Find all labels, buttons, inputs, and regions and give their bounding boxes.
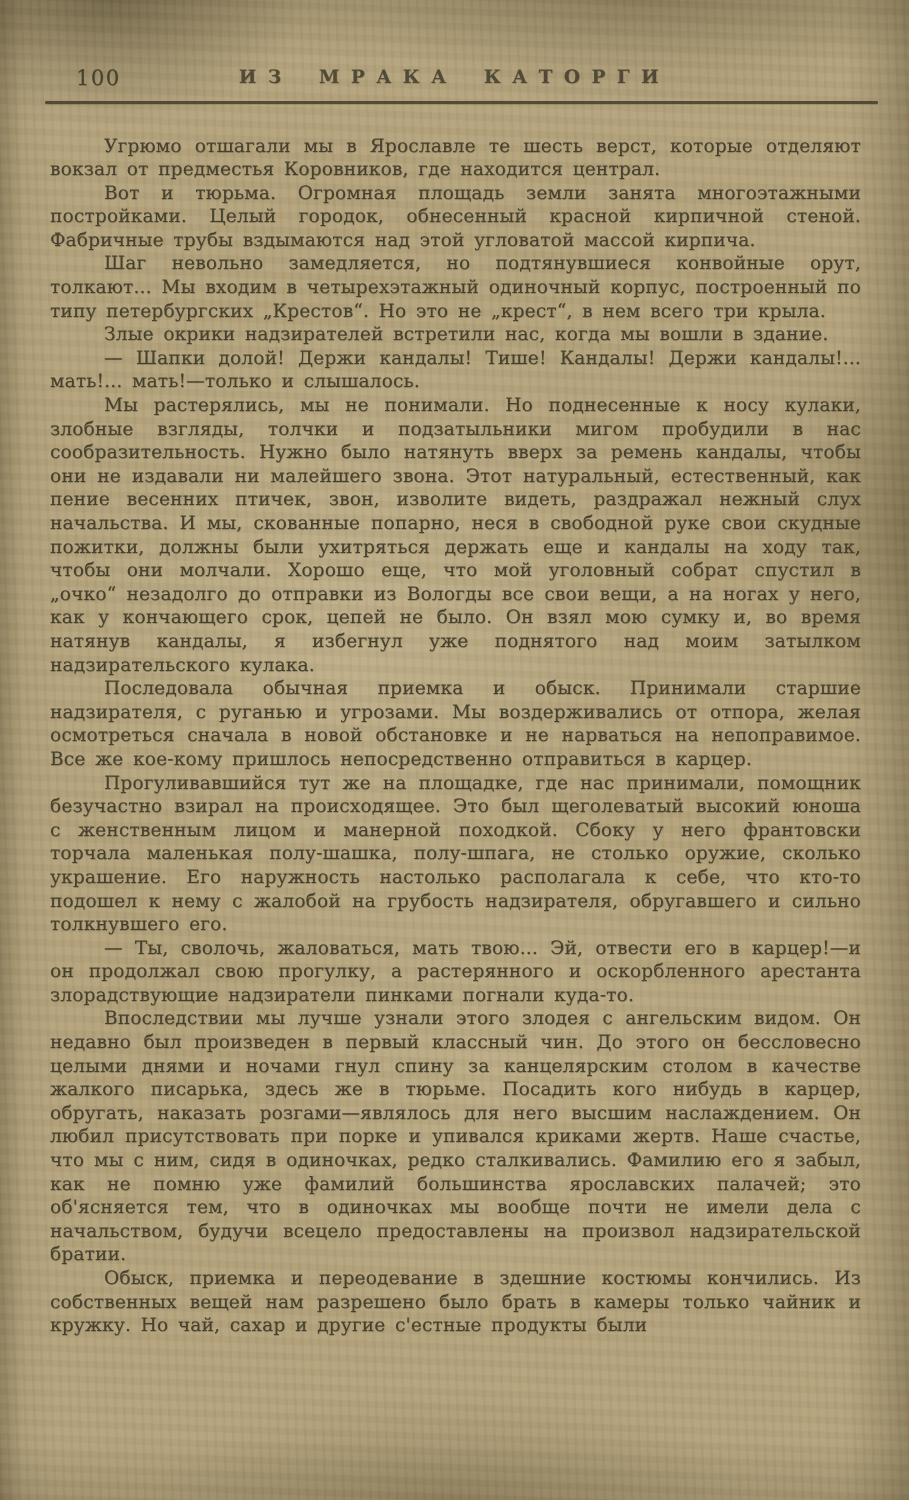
- paragraph: Прогуливавшийся тут же на площадке, где …: [50, 772, 861, 937]
- paragraph: Вот и тюрьма. Огромная площадь земли зан…: [50, 182, 861, 253]
- paragraph: Угрюмо отшагали мы в Ярославле те шесть …: [50, 135, 861, 182]
- paragraph: Мы растерялись, мы не понимали. Но подне…: [50, 394, 861, 677]
- paragraph: Впоследствии мы лучше узнали этого злоде…: [50, 1007, 861, 1267]
- book-page: 100 ИЗ МРАКА КАТОРГИ Угрюмо отшагали мы …: [0, 0, 909, 1500]
- page-body: Угрюмо отшагали мы в Ярославле те шесть …: [0, 104, 909, 1338]
- paragraph: Шаг невольно замедляется, но подтянувшие…: [50, 252, 861, 323]
- page-header: 100 ИЗ МРАКА КАТОРГИ: [0, 66, 909, 94]
- paragraph: — Ты, сволочь, жаловаться, мать твою... …: [50, 937, 861, 1008]
- paragraph: Последовала обычная приемка и обыск. При…: [50, 677, 861, 771]
- paragraph: Обыск, приемка и переодевание в здешние …: [50, 1267, 861, 1338]
- header-rule: [45, 101, 878, 104]
- paragraph: Злые окрики надзирателей встретили нас, …: [50, 323, 861, 347]
- paragraph: — Шапки долой! Держи кандалы! Тише! Канд…: [50, 347, 861, 394]
- running-head-title: ИЗ МРАКА КАТОРГИ: [0, 67, 909, 88]
